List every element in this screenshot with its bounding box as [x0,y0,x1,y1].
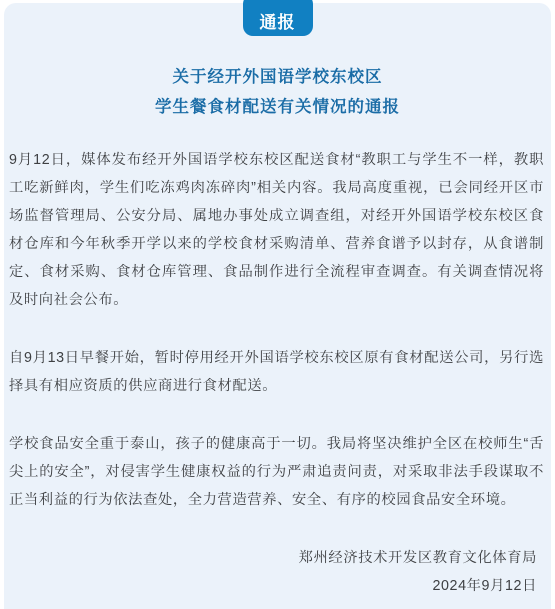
issuer-signature: 郑州经济技术开发区教育文化体育局 [9,544,537,572]
notice-title-line1: 关于经开外国语学校东校区 [14,62,541,92]
paragraph-supplier-change: 自9月13日早餐开始，暂时停用经开外国语学校东校区原有食材配送公司，另行选择具有… [9,344,544,400]
notice-card: 通报 关于经开外国语学校东校区 学生餐食材配送有关情况的通报 9月12日，媒体发… [4,3,551,609]
notice-page: 通报 关于经开外国语学校东校区 学生餐食材配送有关情况的通报 9月12日，媒体发… [0,0,555,609]
notice-footer: 郑州经济技术开发区教育文化体育局 2024年9月12日 [4,544,551,600]
paragraph-investigation: 9月12日，媒体发布经开外国语学校东校区配送食材“教职工与学生不一样，教职工吃新… [9,146,544,314]
notice-badge: 通报 [243,0,313,36]
issue-date: 2024年9月12日 [9,572,537,600]
paragraph-safety-commitment: 学校食品安全重于泰山，孩子的健康高于一切。我局将坚决维护全区在校师生“舌尖上的安… [9,430,544,514]
notice-title-line2: 学生餐食材配送有关情况的通报 [14,92,541,122]
notice-badge-label: 通报 [260,8,296,33]
notice-body: 9月12日，媒体发布经开外国语学校东校区配送食材“教职工与学生不一样，教职工吃新… [4,146,551,514]
